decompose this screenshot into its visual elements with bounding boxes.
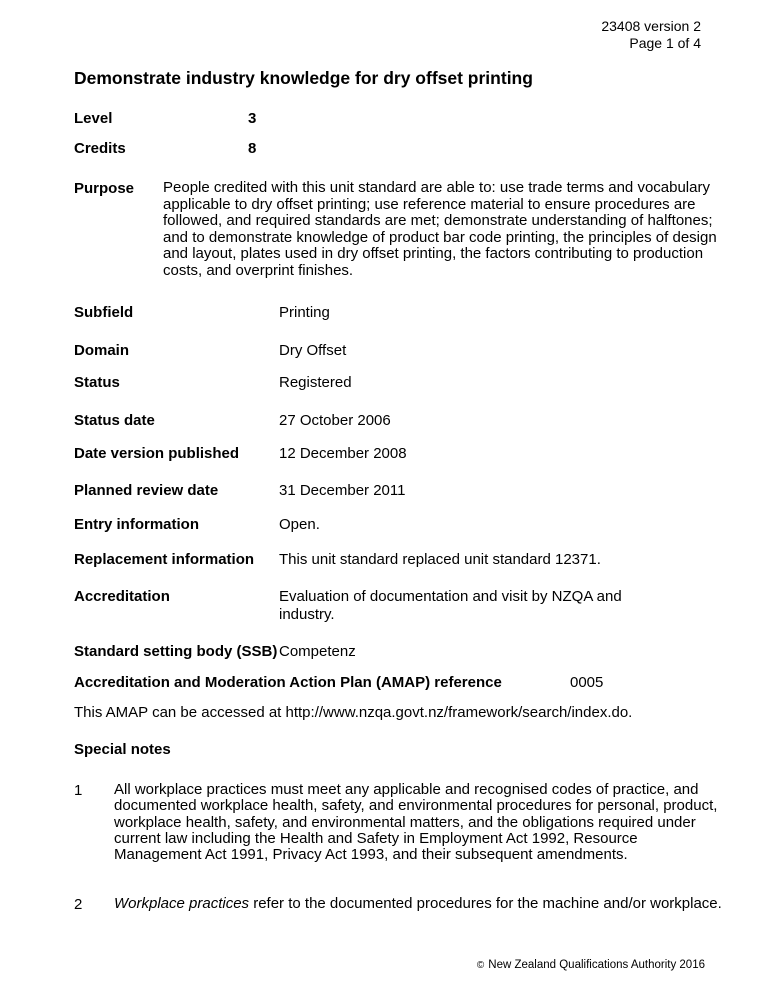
page-title: Demonstrate industry knowledge for dry o…: [74, 68, 533, 89]
note-body: refer to the documented procedures for t…: [249, 895, 722, 912]
field-label: Date version published: [74, 445, 239, 462]
document-header: 23408 version 2 Page 1 of 4: [601, 18, 701, 52]
doc-id: 23408 version 2: [601, 18, 701, 35]
note-text: Workplace practices refer to the documen…: [114, 896, 724, 912]
copyright-text: New Zealand Qualifications Authority 201…: [488, 959, 705, 971]
field-label: Standard setting body (SSB): [74, 643, 277, 660]
purpose-label: Purpose: [74, 180, 134, 197]
field-label: Status: [74, 374, 120, 391]
field-value: This unit standard replaced unit standar…: [279, 551, 679, 569]
amap-label: Accreditation and Moderation Action Plan…: [74, 674, 502, 691]
note-emphasis: Workplace practices: [114, 895, 249, 912]
note-body: All workplace practices must meet any ap…: [114, 781, 717, 863]
field-value: 27 October 2006: [279, 412, 679, 430]
field-label: Replacement information: [74, 551, 254, 568]
level-value: 3: [248, 110, 256, 127]
note-text: All workplace practices must meet any ap…: [114, 782, 724, 863]
field-value: 31 December 2011: [279, 482, 679, 500]
credits-label: Credits: [74, 140, 126, 157]
field-value: Competenz: [279, 643, 679, 661]
field-value: Printing: [279, 304, 679, 322]
field-label: Status date: [74, 412, 155, 429]
special-notes-heading: Special notes: [74, 741, 171, 758]
amap-note: This AMAP can be accessed at http://www.…: [74, 704, 632, 721]
level-label: Level: [74, 110, 112, 127]
field-label: Entry information: [74, 516, 199, 533]
credits-value: 8: [248, 140, 256, 157]
purpose-text: People credited with this unit standard …: [163, 180, 723, 279]
field-value: 12 December 2008: [279, 445, 679, 463]
page-number: Page 1 of 4: [601, 35, 701, 52]
field-value: Registered: [279, 374, 679, 392]
field-label: Domain: [74, 342, 129, 359]
amap-value: 0005: [570, 674, 603, 691]
field-label: Accreditation: [74, 588, 170, 605]
field-label: Subfield: [74, 304, 133, 321]
note-number: 1: [74, 782, 82, 799]
note-number: 2: [74, 896, 82, 913]
field-value: Open.: [279, 516, 679, 534]
field-label: Planned review date: [74, 482, 218, 499]
field-value: Evaluation of documentation and visit by…: [279, 588, 679, 624]
copyright-footer: ©New Zealand Qualifications Authority 20…: [477, 959, 705, 971]
copyright-icon: ©: [477, 960, 484, 971]
field-value: Dry Offset: [279, 342, 679, 360]
